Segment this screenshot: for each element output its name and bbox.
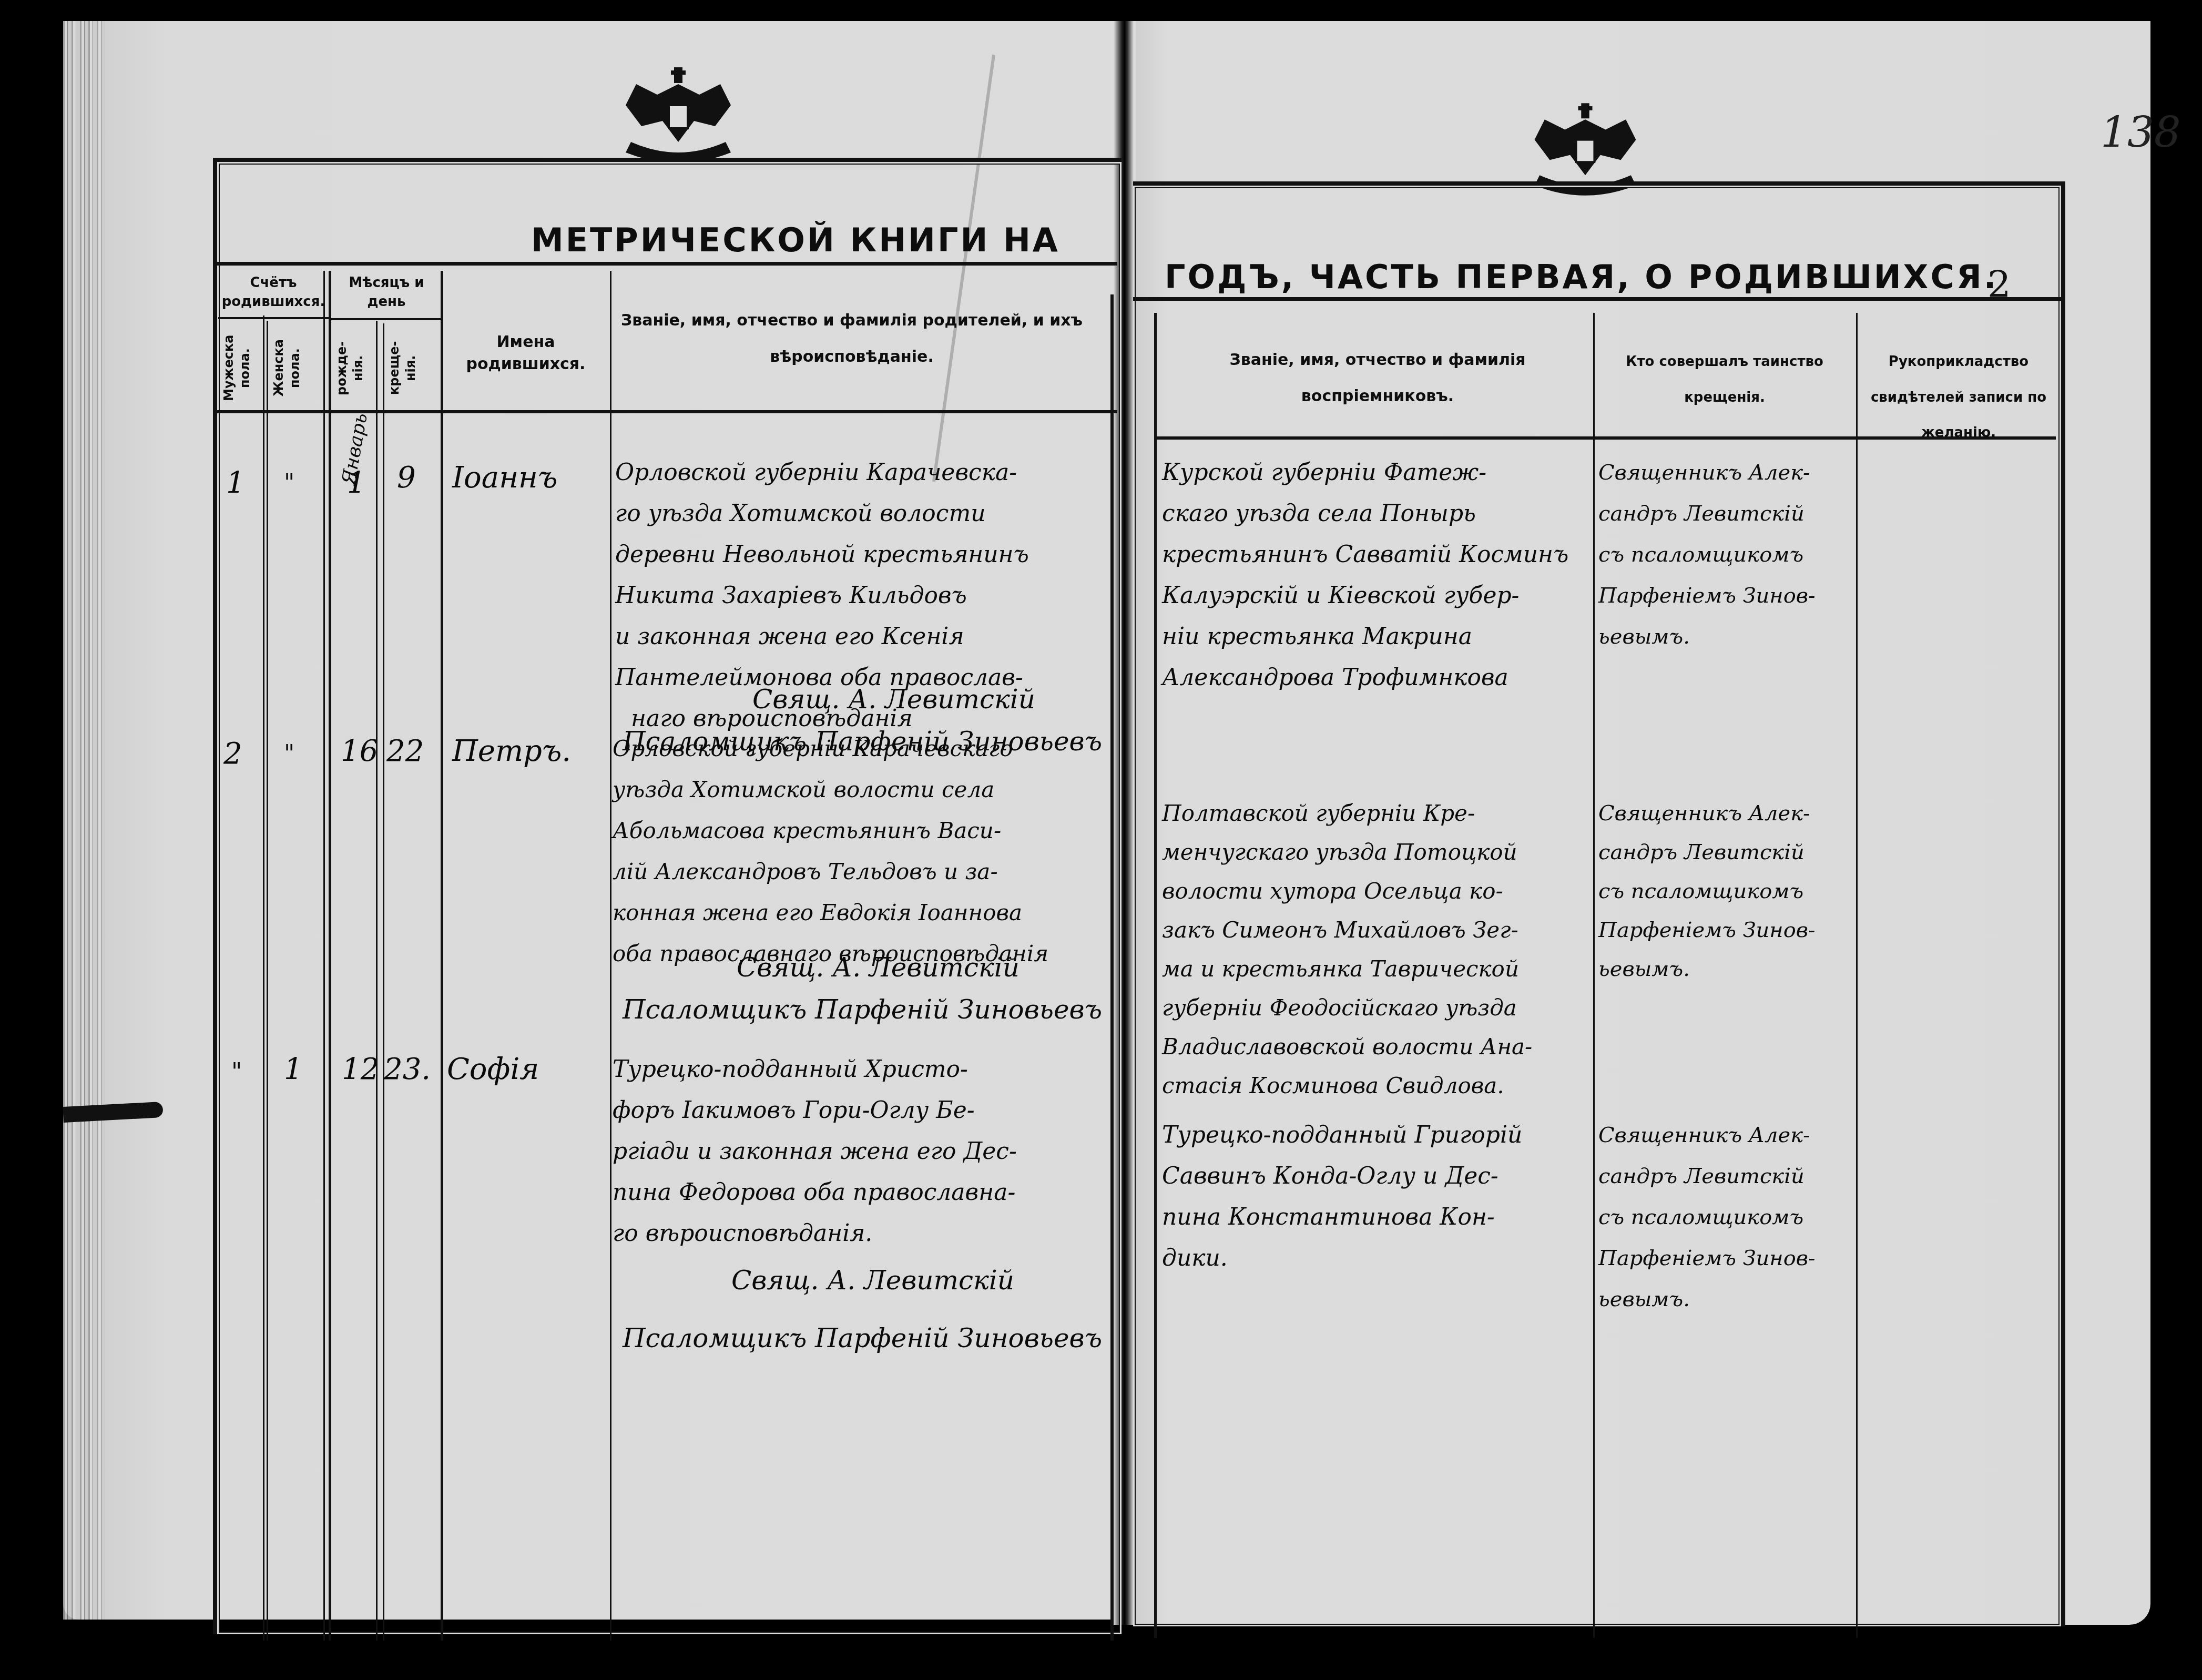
entry-birth-day: 12 <box>342 1049 379 1090</box>
entry-birth-day: 1 <box>347 463 366 504</box>
entry-name: Софія <box>447 1049 539 1090</box>
imperial-eagle-crest-icon <box>605 63 752 168</box>
signature-block: Свящ. А. Левитскій Псаломщикъ Парфеній З… <box>615 946 1109 1031</box>
left-page-title: МЕТРИЧЕСКОЙ КНИГИ НА <box>531 221 1060 259</box>
entry-baptism-day: 23. <box>384 1049 431 1090</box>
col-divider-month-names <box>441 271 443 1641</box>
folio-number: 138 <box>2101 108 2181 157</box>
entry-name: Петръ. <box>452 731 571 772</box>
col-divider <box>376 321 378 1641</box>
entry-male-count: " <box>231 1052 242 1093</box>
entry-priest: Священникъ Алек- сандръ Левитскій съ пса… <box>1598 452 1856 657</box>
header-baptism: креще-нія. <box>386 329 439 408</box>
subheader-rule <box>218 317 329 319</box>
entry-priest: Священникъ Алек- сандръ Левитскій съ пса… <box>1598 1115 1856 1320</box>
right-header-rule <box>1133 297 2061 301</box>
col-divider-priest-witnesses <box>1856 313 1858 1638</box>
entry-female-count: " <box>284 734 294 775</box>
signature-block: Свящ. А. Левитскій Псаломщикъ Парфеній З… <box>615 1251 1109 1367</box>
entry-baptism-day: 22 <box>386 731 424 772</box>
entry-female-count: " <box>284 463 294 504</box>
entry-godparents: Курской губерніи Фатеж- скаго уѣзда села… <box>1162 452 1593 698</box>
header-godparents: Званіе, имя, отчество и фамилія воспріем… <box>1178 342 1577 414</box>
entry-parents: Орловской губерніи Карачевскаго уѣзда Хо… <box>613 728 1112 974</box>
col-divider-godparents-left <box>1154 313 1157 1638</box>
entry-birth-day: 16 <box>341 731 378 772</box>
header-male: Мужеска пола. <box>221 329 263 408</box>
col-divider <box>263 315 264 1641</box>
col-divider-godparents-priest <box>1593 313 1595 1638</box>
header-month-day: Мѣсяцъ и день <box>334 273 439 312</box>
subheader-rule <box>331 318 441 320</box>
col-divider-count-mid <box>267 321 268 1641</box>
entry-godparents: Турецко-подданный Григорій Саввинъ Конда… <box>1162 1115 1593 1279</box>
col-divider-birth-baptism <box>383 323 384 1641</box>
entry-godparents: Полтавской губерніи Кре- менчугскаго уѣз… <box>1162 794 1593 1105</box>
left-header-rule <box>213 262 1117 266</box>
header-witnesses: Рукоприкладство свидѣтелей записи по жел… <box>1861 344 2056 451</box>
entry-parents: Турецко-подданный Христо- форъ Іакимовъ … <box>613 1049 1112 1254</box>
entry-priest: Священникъ Алек- сандръ Левитскій съ пса… <box>1598 794 1856 989</box>
col-divider-names-parents <box>610 271 611 1641</box>
entry-male-count: 1 <box>226 463 245 504</box>
header-count-group: Счётъ родившихся. <box>221 273 326 312</box>
header-priest: Кто совершалъ таинство крещенія. <box>1601 344 1848 415</box>
entry-baptism-day: 9 <box>397 457 416 498</box>
header-birth: рожде-нія. <box>334 329 381 408</box>
right-page-title: ГОДЪ, ЧАСТЬ ПЕРВАЯ, О РОДИВШИХСЯ. <box>1165 258 1998 296</box>
header-parents: Званіе, имя, отчество и фамилія родителе… <box>615 302 1088 375</box>
entry-female-count: 1 <box>284 1049 303 1090</box>
col-divider <box>323 271 325 1641</box>
header-female: Женска пола. <box>271 329 323 408</box>
entry-male-count: 2 <box>223 734 242 775</box>
header-names: Имена родившихся. <box>444 331 607 375</box>
page-stack-edges <box>63 21 105 1620</box>
entry-name: Іоаннъ <box>452 457 557 498</box>
